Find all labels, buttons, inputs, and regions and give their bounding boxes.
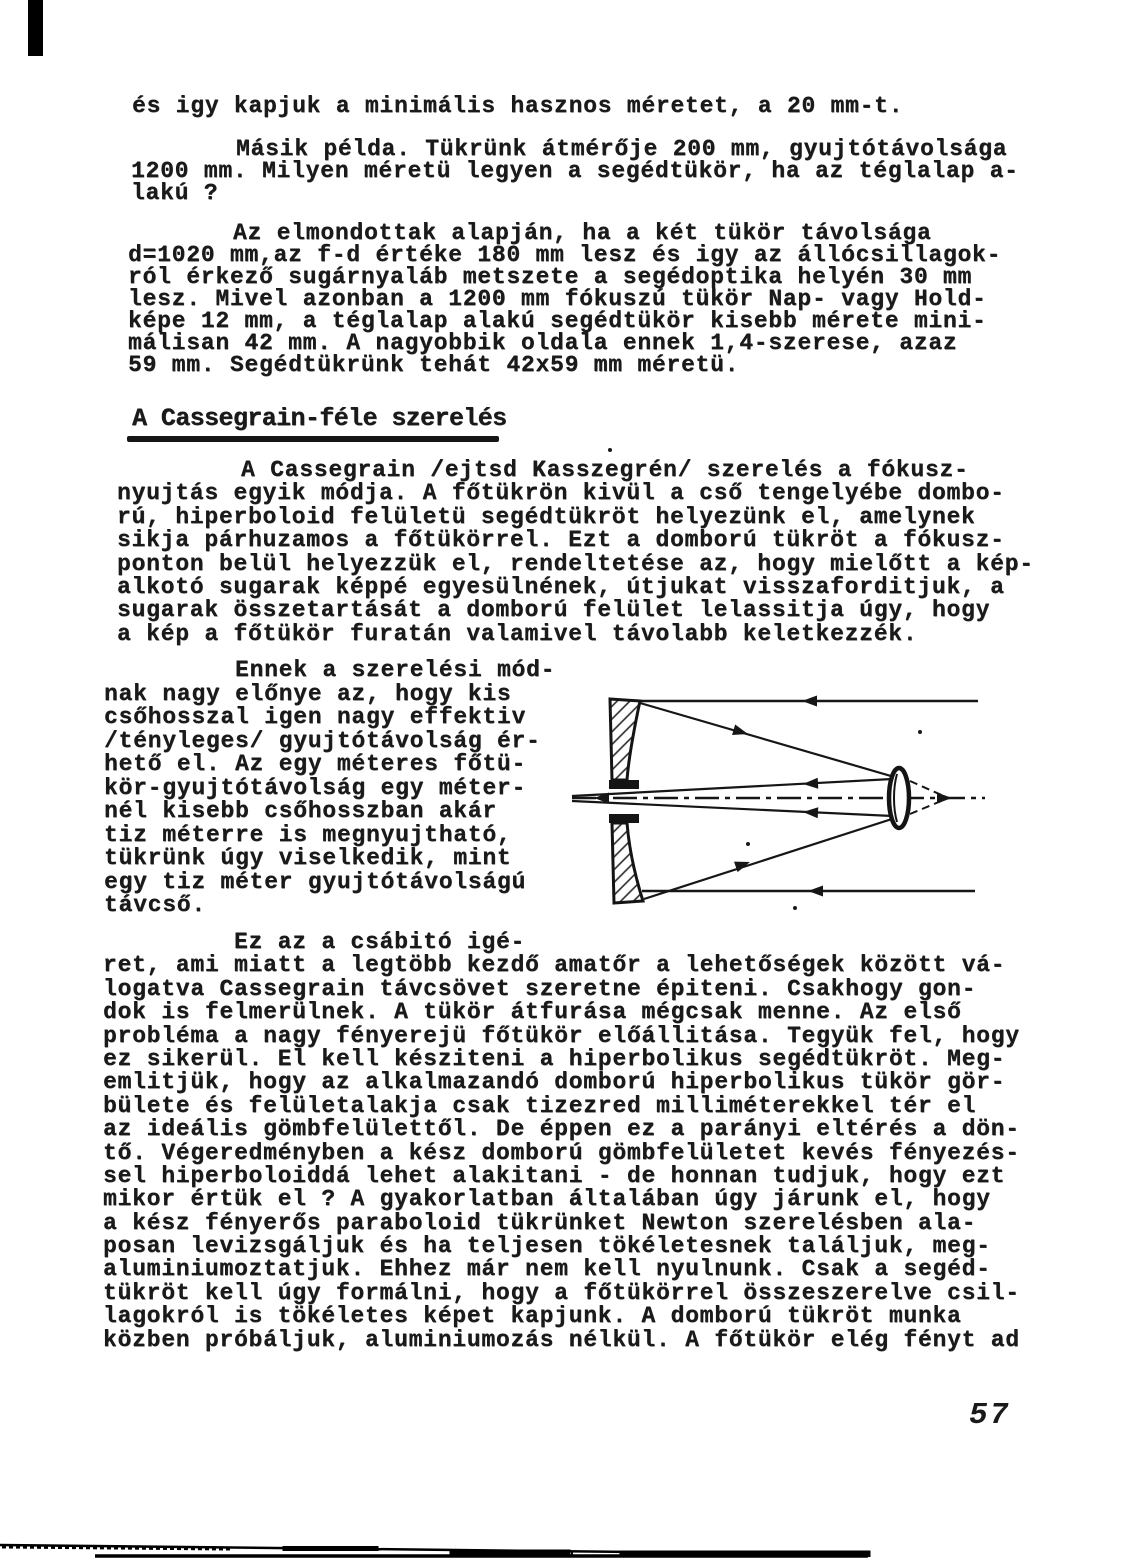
text-line: lesz. Mivel azonban a 1200 mm fókuszú tü… — [128, 288, 1001, 310]
text-line: emlitjük, hogy az alkalmazandó domború h… — [103, 1071, 1020, 1094]
text-line: nak nagy előnye az, hogy kis — [104, 683, 555, 707]
text-line: az ideális gömbfelülettől. De éppen ez a… — [103, 1118, 1020, 1141]
text-line: tő. Végeredményben a kész domború gömbfe… — [103, 1142, 1020, 1165]
section-heading: A Cassegrain-féle szerelés — [132, 404, 506, 433]
text-line: dok is felmerülnek. A tükör átfurása még… — [103, 1001, 1020, 1024]
text-line: aluminiumoztatjuk. Ehhez már nem kell ny… — [103, 1258, 1020, 1281]
scan-speck — [793, 906, 797, 910]
text-line: logatva Cassegrain távcsövet szeretne ép… — [103, 978, 1020, 1001]
scan-artifact-corner — [28, 0, 43, 56]
text-line: Ennek a szerelési mód- — [104, 659, 555, 683]
text-line: Ez az a csábitó igé- — [103, 931, 1020, 954]
text-line: Az elmondottak alapján, ha a két tükör t… — [128, 222, 1001, 244]
scan-speck — [746, 842, 750, 846]
text-line: lakú ? — [131, 182, 1019, 204]
text-line: képe 12 mm, a téglalap alakú segédtükör … — [128, 310, 1001, 332]
paragraph-difficulties: Ez az a csábitó igé- ret, ami miatt a le… — [103, 931, 1020, 1352]
text-line: A Cassegrain /ejtsd Kasszegrén/ szerelés… — [117, 459, 1034, 482]
text-line: tiz méterre is megnyujtható, — [104, 824, 555, 848]
text-line: bülete és felületalakja csak tizezred mi… — [103, 1095, 1020, 1118]
scan-speck — [608, 448, 612, 452]
text-line: egy tiz méter gyujtótávolságú — [104, 871, 555, 895]
text-line: csőhosszal igen nagy effektiv — [104, 706, 555, 730]
primary-mirror — [610, 699, 643, 903]
reflected-ray-upper — [640, 703, 891, 776]
paragraph-calculation: Az elmondottak alapján, ha a két tükör t… — [128, 222, 1001, 376]
mirror-hole-edge-top — [609, 780, 639, 789]
text-line: rú, hiperboloid felületü segédtükröt hel… — [117, 506, 1034, 529]
text-line: probléma a nagy fényerejü főtükör előáll… — [103, 1025, 1020, 1048]
paragraph-example: Másik példa. Tükrünk átmérője 200 mm, gy… — [131, 138, 1019, 204]
text-line: 1200 mm. Milyen méretü legyen a segédtük… — [131, 160, 1019, 182]
text-line: posan levizsgáljuk és ha teljesen tökéle… — [103, 1235, 1020, 1258]
text-line: ret, ami miatt a legtöbb kezdő amatőr a … — [103, 954, 1020, 977]
paragraph-continuation: és igy kapjuk a minimális hasznos mérete… — [132, 95, 903, 117]
scanned-document-page: és igy kapjuk a minimális hasznos mérete… — [0, 0, 1124, 1558]
text-line: lagokról is tökéletes képet kapjunk. A d… — [103, 1305, 1020, 1328]
text-line: ez sikerül. El kell késziteni a hiperbol… — [103, 1048, 1020, 1071]
text-line: málisan 42 mm. A nagyobbik oldala ennek … — [128, 332, 1001, 354]
paragraph-advantage-column: Ennek a szerelési mód- nak nagy előnye a… — [104, 659, 555, 918]
text-line: nyujtás egyik módja. A főtükrön kivül a … — [117, 482, 1034, 505]
text-line: sugarak összetartását a domború felület … — [117, 599, 1034, 622]
text-line: hető el. Az egy méteres főtü- — [104, 753, 555, 777]
text-line: 59 mm. Segédtükrünk tehát 42x59 mm méret… — [128, 354, 1001, 376]
text-line: Másik példa. Tükrünk átmérője 200 mm, gy… — [131, 138, 1019, 160]
mirror-hole-edge-bottom — [609, 814, 639, 823]
text-line: sel hiperboloiddá lehet alakitani - de h… — [103, 1165, 1020, 1188]
text-line: alkotó sugarak képpé egyesülnének, útjuk… — [117, 576, 1034, 599]
return-ray-lower — [572, 801, 893, 816]
text-line: a kész fényerős paraboloid tükrünket New… — [103, 1212, 1020, 1235]
text-line: kör-gyujtótávolság egy méter- — [104, 777, 555, 801]
heading-underline — [127, 436, 499, 442]
text-line: és igy kapjuk a minimális hasznos mérete… — [132, 95, 903, 117]
reflected-ray-lower — [644, 819, 892, 899]
secondary-mirror — [889, 768, 909, 828]
text-line: távcső. — [104, 894, 555, 918]
text-line: tükröt kell úgy formálni, hogy a főtükör… — [103, 1282, 1020, 1305]
text-line: tükrünk úgy viselkedik, mint — [104, 847, 555, 871]
scan-speck — [918, 730, 922, 734]
paragraph-cassegrain-intro: A Cassegrain /ejtsd Kasszegrén/ szerelés… — [117, 459, 1034, 646]
text-line: közben próbáljuk, aluminiumozás nélkül. … — [103, 1329, 1020, 1352]
text-line: sikja párhuzamos a főtükörrel. Ezt a dom… — [117, 529, 1034, 552]
text-line: ponton belül helyezzük el, rendeltetése … — [117, 553, 1034, 576]
text-line: /tényleges/ gyujtótávolság ér- — [104, 730, 555, 754]
text-line: mikor értük el ? A gyakorlatban általába… — [103, 1188, 1020, 1211]
scan-artifact-bottom-bar — [0, 1538, 900, 1558]
text-line: ról érkező sugárnyaláb metszete a segédo… — [128, 266, 1001, 288]
page-number: 57 — [969, 1398, 1010, 1433]
text-line: d=1020 mm,az f-d értéke 180 mm lesz és i… — [128, 244, 1001, 266]
text-line: a kép a főtükör furatán valamivel távola… — [117, 623, 1034, 646]
text-line: nél kisebb csőhosszban akár — [104, 800, 555, 824]
cassegrain-ray-diagram — [560, 655, 1124, 945]
